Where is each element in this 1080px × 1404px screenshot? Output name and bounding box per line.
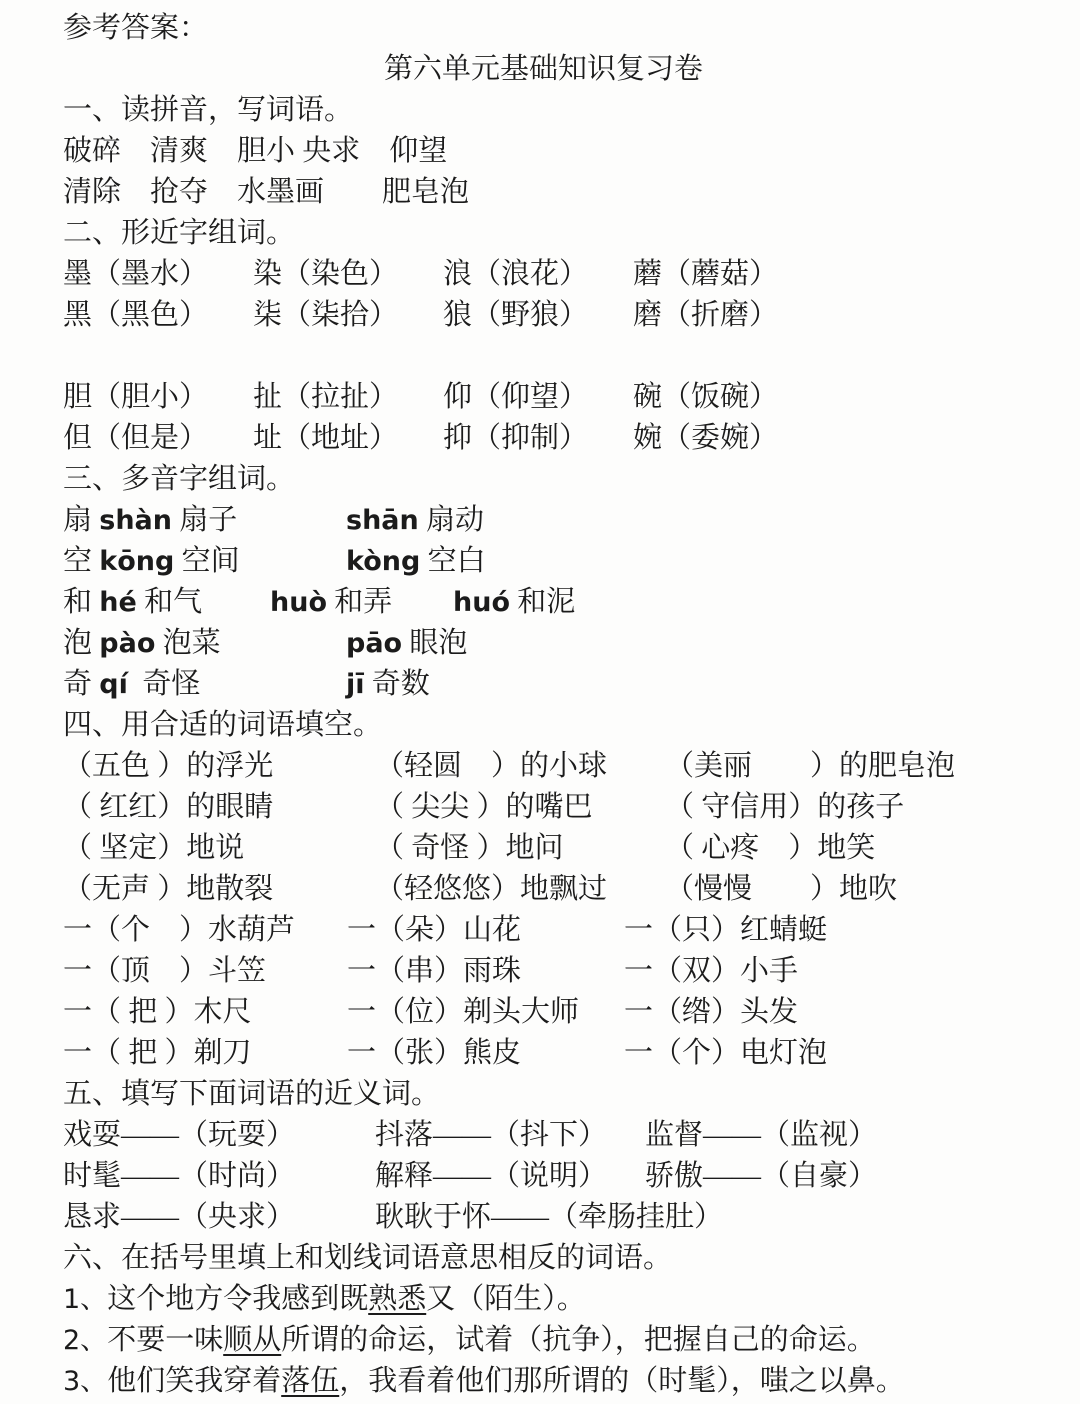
line-cell: （ 红红）的眼睛: [63, 787, 375, 828]
line-cell: 3、他们笑我穿着落伍，我看着他们那所谓的（时髦），嗤之以鼻。: [63, 1361, 905, 1402]
text-segment: （ 坚定）地说: [63, 832, 244, 864]
line-cell: 磨（折磨）: [633, 295, 778, 336]
text-segment: 和: [63, 586, 99, 618]
text-segment: 但（但是）: [63, 422, 208, 454]
line-cell: jī 奇数: [346, 664, 430, 705]
text-segment: 又（陌生）。: [426, 1283, 586, 1315]
synonym-row: 戏耍——（玩耍）抖落——（抖下）监督——（监视）: [63, 1115, 1024, 1156]
item-number: 2、: [63, 1325, 107, 1356]
text-segment: 一（个）电灯泡: [624, 1037, 827, 1069]
text-segment: 胆（胆小）: [63, 381, 208, 413]
line-cell: （ 守信用）的孩子: [665, 787, 904, 828]
line-cell: 四、用合适的词语填空。: [63, 705, 382, 746]
text-segment: 一（张）熊皮: [347, 1037, 521, 1069]
line-cell: 一（个）电灯泡: [624, 1033, 827, 1074]
line-cell: 清除 抢夺 水墨画 肥皂泡: [63, 172, 469, 213]
line-cell: 1、这个地方令我感到既熟悉又（陌生）。: [63, 1279, 586, 1320]
line-cell: 碗（饭碗）: [633, 377, 778, 418]
text-segment: 监督——（监视）: [645, 1119, 877, 1151]
text-segment: 扯（拉扯）: [253, 381, 398, 413]
line-cell: 一（串）雨珠: [347, 951, 624, 992]
text-segment: 清除 抢夺 水墨画 肥皂泡: [63, 176, 469, 208]
text-segment: 抑（抑制）: [443, 422, 588, 454]
line-cell: 三、多音字组词。: [63, 459, 295, 500]
pinyin-text: jī: [346, 669, 365, 700]
answer-words-row: 破碎 清爽 胆小 央求 仰望: [63, 131, 1024, 172]
text-segment: 染（染色）: [253, 258, 398, 290]
fill-word-row: （ 坚定）地说（ 奇怪 ）地问（ 心疼 ）地笑: [63, 828, 1024, 869]
text-segment: 一（顶 ）斗笠: [63, 955, 266, 987]
text-segment: 泡: [63, 627, 99, 659]
line-cell: （美丽 ）的肥皂泡: [665, 746, 955, 787]
pinyin-text: shān: [346, 505, 419, 536]
line-cell: 浪（浪花）: [443, 254, 633, 295]
item-number: 1、: [63, 1284, 107, 1315]
text-segment: 奇: [63, 668, 99, 700]
polyphone-row: 和 hé 和气huò 和弄huó 和泥: [63, 582, 1024, 623]
line-cell: 耿耿于怀——（牵肠挂肚）: [375, 1197, 645, 1238]
text-segment: 一（ 把 ）剃刀: [63, 1037, 252, 1069]
text-segment: 一（朵）山花: [347, 914, 521, 946]
answer-key-label: 参考答案：: [63, 8, 1024, 49]
line-cell: 和 hé 和气: [63, 582, 270, 623]
line-cell: 扯（拉扯）: [253, 377, 443, 418]
line-cell: （无声 ）地散裂: [63, 869, 375, 910]
antonym-sentence: 3、他们笑我穿着落伍，我看着他们那所谓的（时髦），嗤之以鼻。: [63, 1361, 1024, 1402]
line-cell: huò 和弄: [270, 582, 453, 623]
similar-char-row: 但（但是）址（地址）抑（抑制）婉（委婉）: [63, 418, 1024, 459]
text-segment: 抖落——（抖下）: [375, 1119, 607, 1151]
line-cell: 墨（墨水）: [63, 254, 253, 295]
pinyin-text: huò: [270, 587, 327, 618]
text-segment: （五色 ）的浮光: [63, 750, 273, 782]
underlined-word: 落伍: [281, 1365, 339, 1397]
line-cell: 一（ 把 ）木尺: [63, 992, 347, 1033]
line-cell: 一（ 把 ）剃刀: [63, 1033, 347, 1074]
text-segment: （轻圆 ）的小球: [375, 750, 607, 782]
pinyin-text: pào: [99, 628, 155, 659]
text-segment: 耿耿于怀——（牵肠挂肚）: [375, 1201, 723, 1233]
text-segment: 五、填写下面词语的近义词。: [63, 1078, 440, 1110]
polyphone-row: 泡 pào 泡菜pāo 眼泡: [63, 623, 1024, 664]
blank-line: [63, 336, 1024, 377]
text-segment: 不要一味: [107, 1324, 223, 1356]
text-segment: 时髦——（时尚）: [63, 1160, 295, 1192]
similar-char-row: 黑（黑色）柒（柒拾）狼（野狼）磨（折磨）: [63, 295, 1024, 336]
text-segment: （ 红红）的眼睛: [63, 791, 273, 823]
line-cell: 但（但是）: [63, 418, 253, 459]
section-3-heading: 三、多音字组词。: [63, 459, 1024, 500]
line-cell: 染（染色）: [253, 254, 443, 295]
line-cell: 解释——（说明）: [375, 1156, 645, 1197]
text-segment: 和弄: [327, 586, 392, 618]
text-segment: （慢慢 ）地吹: [665, 873, 897, 905]
line-cell: （五色 ）的浮光: [63, 746, 375, 787]
measure-word-row: 一（顶 ）斗笠一（串）雨珠一（双）小手: [63, 951, 1024, 992]
text-segment: 一（ 把 ）木尺: [63, 996, 252, 1028]
text-segment: 六、在括号里填上和划线词语意思相反的词语。: [63, 1242, 672, 1274]
text-segment: 戏耍——（玩耍）: [63, 1119, 295, 1151]
section-5-heading: 五、填写下面词语的近义词。: [63, 1074, 1024, 1115]
text-segment: 解释——（说明）: [375, 1160, 607, 1192]
antonym-sentence: 2、不要一味顺从所谓的命运，试着（抗争），把握自己的命运。: [63, 1320, 1024, 1361]
text-segment: 仰（仰望）: [443, 381, 588, 413]
line-cell: 恳求——（央求）: [63, 1197, 375, 1238]
section-6-heading: 六、在括号里填上和划线词语意思相反的词语。: [63, 1238, 1024, 1279]
line-cell: 仰（仰望）: [443, 377, 633, 418]
text-segment: 址（地址）: [253, 422, 398, 454]
line-cell: 一（张）熊皮: [347, 1033, 624, 1074]
answer-words-row: 清除 抢夺 水墨画 肥皂泡: [63, 172, 1024, 213]
line-cell: 抖落——（抖下）: [375, 1115, 645, 1156]
line-cell: kòng 空白: [346, 541, 486, 582]
line-cell: （慢慢 ）地吹: [665, 869, 897, 910]
line-cell: 一（顶 ）斗笠: [63, 951, 347, 992]
line-cell: 监督——（监视）: [645, 1115, 877, 1156]
text-segment: 磨（折磨）: [633, 299, 778, 331]
line-cell: 破碎 清爽 胆小 央求 仰望: [63, 131, 447, 172]
text-segment: 空白: [420, 545, 485, 577]
polyphone-row: 扇 shàn 扇子shān 扇动: [63, 500, 1024, 541]
line-cell: 五、填写下面词语的近义词。: [63, 1074, 440, 1115]
line-cell: 奇 qí 奇怪: [63, 664, 346, 705]
text-segment: 一、读拼音，写词语。: [63, 94, 353, 126]
text-segment: 空间: [174, 545, 239, 577]
line-cell: （ 奇怪 ）地问: [375, 828, 665, 869]
pinyin-text: kōng: [99, 546, 174, 577]
text-segment: 浪（浪花）: [443, 258, 588, 290]
line-cell: 胆（胆小）: [63, 377, 253, 418]
polyphone-row: 奇 qí 奇怪jī 奇数: [63, 664, 1024, 705]
line-cell: 黑（黑色）: [63, 295, 253, 336]
text-segment: 三、多音字组词。: [63, 463, 295, 495]
text-segment: 黑（黑色）: [63, 299, 208, 331]
pinyin-text: shàn: [99, 505, 172, 536]
line-cell: 二、形近字组词。: [63, 213, 295, 254]
text-segment: 眼泡: [402, 627, 467, 659]
line-cell: （ 心疼 ）地笑: [665, 828, 875, 869]
line-cell: 抑（抑制）: [443, 418, 633, 459]
text-segment: 扇子: [172, 504, 237, 536]
text-segment: 破碎 清爽 胆小 央求 仰望: [63, 135, 447, 167]
text-segment: 骄傲——（自豪）: [645, 1160, 877, 1192]
item-number: 3、: [63, 1366, 107, 1397]
text-segment: 四、用合适的词语填空。: [63, 709, 382, 741]
text-segment: 蘑（蘑菇）: [633, 258, 778, 290]
line-cell: 骄傲——（自豪）: [645, 1156, 877, 1197]
text-segment: 奇怪: [128, 668, 201, 700]
text-segment: 柒（柒拾）: [253, 299, 398, 331]
measure-word-row: 一（ 把 ）木尺一（位）剃头大师一（绺）头发: [63, 992, 1024, 1033]
line-cell: （轻悠悠）地飘过: [375, 869, 665, 910]
text-segment: （ 守信用）的孩子: [665, 791, 904, 823]
fill-word-row: （五色 ）的浮光（轻圆 ）的小球（美丽 ）的肥皂泡: [63, 746, 1024, 787]
line-cell: 扇 shàn 扇子: [63, 500, 346, 541]
line-cell: 蘑（蘑菇）: [633, 254, 778, 295]
text-segment: 碗（饭碗）: [633, 381, 778, 413]
text-segment: 二、形近字组词。: [63, 217, 295, 249]
line-cell: 柒（柒拾）: [253, 295, 443, 336]
text-segment: 扇: [63, 504, 99, 536]
text-segment: 恳求——（央求）: [63, 1201, 295, 1233]
line-cell: 一（朵）山花: [347, 910, 624, 951]
line-cell: 泡 pào 泡菜: [63, 623, 346, 664]
text-segment: 狼（野狼）: [443, 299, 588, 331]
text-segment: 他们笑我穿着: [107, 1365, 281, 1397]
antonym-sentence: 1、这个地方令我感到既熟悉又（陌生）。: [63, 1279, 1024, 1320]
similar-char-row: 胆（胆小）扯（拉扯）仰（仰望）碗（饭碗）: [63, 377, 1024, 418]
line-cell: 婉（委婉）: [633, 418, 778, 459]
line-cell: 一、读拼音，写词语。: [63, 90, 353, 131]
line-cell: 一（只）红蜻蜓: [624, 910, 827, 951]
pinyin-text: huó: [453, 587, 510, 618]
text-segment: 空: [63, 545, 99, 577]
section-1-heading: 一、读拼音，写词语。: [63, 90, 1024, 131]
pinyin-text: pāo: [346, 628, 402, 659]
pinyin-text: kòng: [346, 546, 420, 577]
line-cell: （轻圆 ）的小球: [375, 746, 665, 787]
synonym-row: 时髦——（时尚）解释——（说明）骄傲——（自豪）: [63, 1156, 1024, 1197]
pinyin-text: qí: [99, 669, 128, 700]
line-cell: 一（个 ）水葫芦: [63, 910, 347, 951]
line-cell: 狼（野狼）: [443, 295, 633, 336]
measure-word-row: 一（ 把 ）剃刀一（张）熊皮一（个）电灯泡: [63, 1033, 1024, 1074]
line-cell: shān 扇动: [346, 500, 484, 541]
similar-char-row: 墨（墨水）染（染色）浪（浪花）蘑（蘑菇）: [63, 254, 1024, 295]
text-segment: 婉（委婉）: [633, 422, 778, 454]
line-cell: 六、在括号里填上和划线词语意思相反的词语。: [63, 1238, 672, 1279]
line-cell: 一（绺）头发: [624, 992, 798, 1033]
line-cell: 时髦——（时尚）: [63, 1156, 375, 1197]
text-segment: 一（双）小手: [624, 955, 798, 987]
text-segment: 和气: [137, 586, 202, 618]
text-segment: 一（绺）头发: [624, 996, 798, 1028]
line-cell: 址（地址）: [253, 418, 443, 459]
text-segment: 这个地方令我感到既: [107, 1283, 368, 1315]
line-cell: 一（位）剃头大师: [347, 992, 624, 1033]
line-cell: 一（双）小手: [624, 951, 798, 992]
doc-title: 第六单元基础知识复习卷: [63, 49, 1024, 90]
text-segment: 一（位）剃头大师: [347, 996, 579, 1028]
text-segment: 奇数: [365, 668, 430, 700]
polyphone-row: 空 kōng 空间kòng 空白: [63, 541, 1024, 582]
text-segment: 一（个 ）水葫芦: [63, 914, 295, 946]
underlined-word: 熟悉: [368, 1283, 426, 1315]
document-body: 一、读拼音，写词语。破碎 清爽 胆小 央求 仰望清除 抢夺 水墨画 肥皂泡二、形…: [63, 90, 1024, 1402]
synonym-row: 恳求——（央求）耿耿于怀——（牵肠挂肚）: [63, 1197, 1024, 1238]
section-4-heading: 四、用合适的词语填空。: [63, 705, 1024, 746]
text-segment: 泡菜: [155, 627, 220, 659]
section-2-heading: 二、形近字组词。: [63, 213, 1024, 254]
text-segment: 扇动: [419, 504, 484, 536]
text-segment: 一（串）雨珠: [347, 955, 521, 987]
text-segment: 墨（墨水）: [63, 258, 208, 290]
fill-word-row: （ 红红）的眼睛（ 尖尖 ）的嘴巴（ 守信用）的孩子: [63, 787, 1024, 828]
text-segment: ，我看着他们那所谓的（时髦），嗤之以鼻。: [339, 1365, 905, 1397]
document-page: 参考答案： 第六单元基础知识复习卷 一、读拼音，写词语。破碎 清爽 胆小 央求 …: [0, 0, 1080, 1404]
line-cell: （ 尖尖 ）的嘴巴: [375, 787, 665, 828]
line-cell: 戏耍——（玩耍）: [63, 1115, 375, 1156]
text-segment: 一（只）红蜻蜓: [624, 914, 827, 946]
line-cell: pāo 眼泡: [346, 623, 467, 664]
text-segment: 所谓的命运，试着（抗争），把握自己的命运。: [281, 1324, 876, 1356]
text-segment: （美丽 ）的肥皂泡: [665, 750, 955, 782]
measure-word-row: 一（个 ）水葫芦一（朵）山花一（只）红蜻蜓: [63, 910, 1024, 951]
text-segment: 和泥: [510, 586, 575, 618]
text-segment: （无声 ）地散裂: [63, 873, 273, 905]
line-cell: （ 坚定）地说: [63, 828, 375, 869]
text-segment: （轻悠悠）地飘过: [375, 873, 607, 905]
text-segment: （ 奇怪 ）地问: [375, 832, 564, 864]
pinyin-text: hé: [99, 587, 137, 618]
line-cell: huó 和泥: [453, 582, 575, 623]
line-cell: 2、不要一味顺从所谓的命运，试着（抗争），把握自己的命运。: [63, 1320, 876, 1361]
text-segment: （ 尖尖 ）的嘴巴: [375, 791, 593, 823]
line-cell: 空 kōng 空间: [63, 541, 346, 582]
text-segment: （ 心疼 ）地笑: [665, 832, 875, 864]
underlined-word: 顺从: [223, 1324, 281, 1356]
fill-word-row: （无声 ）地散裂（轻悠悠）地飘过（慢慢 ）地吹: [63, 869, 1024, 910]
